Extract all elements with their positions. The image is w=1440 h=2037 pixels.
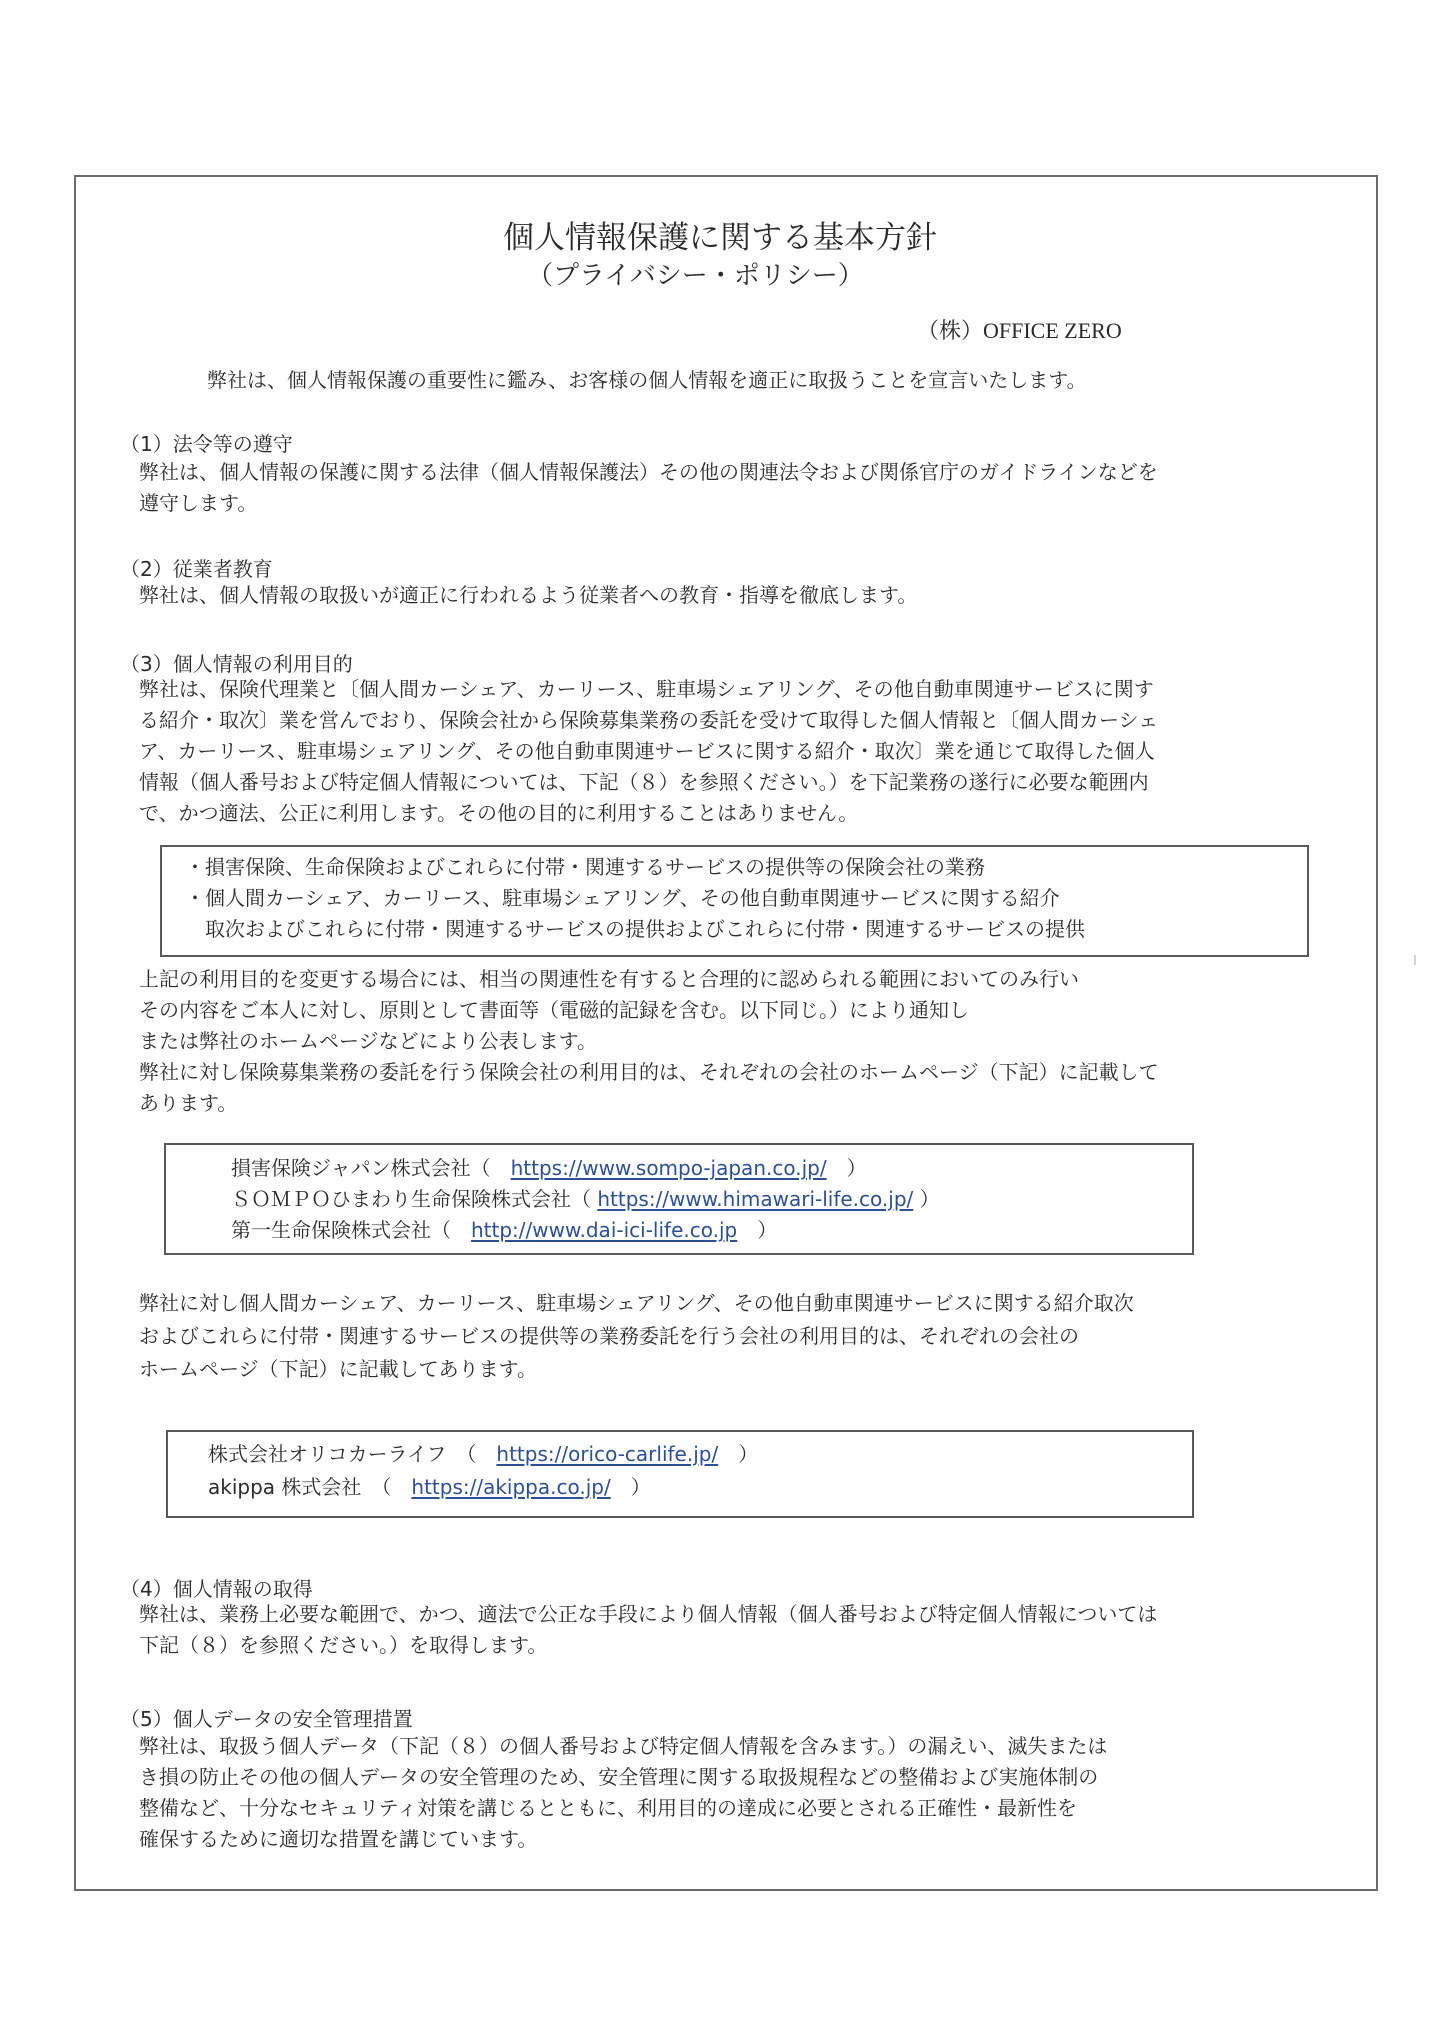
section-3-heading: （3）個人情報の利用目的 xyxy=(120,648,353,677)
change-line: あります。 xyxy=(139,1088,237,1119)
partner-line: およびこれらに付帯・関連するサービスの提供等の業務委託を行う会社の利用目的は、そ… xyxy=(139,1321,1079,1352)
change-line: または弊社のホームページなどにより公表します。 xyxy=(139,1026,597,1057)
insurer-name: 損害保険ジャパン株式会社（ xyxy=(231,1156,511,1180)
insurer-name: 第一生命保険株式会社（ xyxy=(231,1218,471,1242)
section-3-line: ア、カーリース、駐車場シェアリング、その他自動車関連サービスに関する紹介・取次〕… xyxy=(139,736,1155,767)
section-1-line: 弊社は、個人情報の保護に関する法律（個人情報保護法）その他の関連法令および関係官… xyxy=(139,457,1158,488)
section-4-line: 下記（８）を参照ください。）を取得します。 xyxy=(139,1630,547,1661)
page-title: 個人情報保護に関する基本方針 xyxy=(503,212,937,257)
intro-text: 弊社は、個人情報保護の重要性に鑑み、お客様の個人情報を適正に取扱うことを宣言いた… xyxy=(207,365,1087,396)
section-5-heading: （5）個人データの安全管理措置 xyxy=(120,1703,413,1732)
section-5-line: 確保するために適切な措置を講じています。 xyxy=(139,1824,537,1855)
section-4-line: 弊社は、業務上必要な範囲で、かつ、適法で公正な手段により個人情報（個人番号および… xyxy=(139,1599,1157,1630)
insurer-row: 第一生命保険株式会社（ http://www.dai-ici-life.co.j… xyxy=(231,1215,777,1246)
change-line: その内容をご本人に対し、原則として書面等（電磁的記録を含む。以下同じ。）により通… xyxy=(139,995,969,1026)
partner-close: ） xyxy=(611,1475,651,1499)
change-line: 弊社に対し保険募集業務の委託を行う保険会社の利用目的は、それぞれの会社のホームペ… xyxy=(139,1057,1159,1088)
partner-link[interactable]: https://akippa.co.jp/ xyxy=(411,1475,610,1499)
insurer-name: ＳＯＭＰＯひまわり生命保険株式会社（ xyxy=(231,1187,597,1211)
insurer-link[interactable]: https://www.sompo-japan.co.jp/ xyxy=(511,1156,827,1180)
partner-line: 弊社に対し個人間カーシェア、カーリース、駐車場シェアリング、その他自動車関連サー… xyxy=(139,1288,1134,1319)
partner-link[interactable]: https://orico-carlife.jp/ xyxy=(496,1442,718,1466)
section-5-line: 弊社は、取扱う個人データ（下記（８）の個人番号および特定個人情報を含みます。）の… xyxy=(139,1731,1107,1762)
purpose-item: ・個人間カーシェア、カーリース、駐車場シェアリング、その他自動車関連サービスに関… xyxy=(185,883,1060,914)
insurer-close: ） xyxy=(737,1218,777,1242)
insurer-close: ） xyxy=(827,1156,867,1180)
scan-artifact xyxy=(1414,955,1416,965)
section-3-line: 弊社は、保険代理業と〔個人間カーシェア、カーリース、駐車場シェアリング、その他自… xyxy=(139,674,1154,705)
section-3-line: 情報（個人番号および特定個人情報については、下記（８）を参照ください。）を下記業… xyxy=(139,767,1149,798)
insurer-link[interactable]: http://www.dai-ici-life.co.jp xyxy=(471,1218,737,1242)
section-5-line: き損の防止その他の個人データの安全管理のため、安全管理に関する取扱規程などの整備… xyxy=(139,1762,1098,1793)
insurer-row: ＳＯＭＰＯひまわり生命保険株式会社（ https://www.himawari-… xyxy=(231,1184,940,1215)
partner-close: ） xyxy=(718,1442,758,1466)
partner-line: ホームページ（下記）に記載してあります。 xyxy=(139,1354,537,1385)
partner-name: akippa 株式会社 （ xyxy=(208,1475,411,1499)
insurer-link[interactable]: https://www.himawari-life.co.jp/ xyxy=(597,1187,913,1211)
partner-row: akippa 株式会社 （ https://akippa.co.jp/ ） xyxy=(208,1472,651,1503)
page-subtitle: （プライバシー・ポリシー） xyxy=(527,255,864,292)
company-name: （株）OFFICE ZERO xyxy=(917,314,1122,345)
section-2-heading: （2）従業者教育 xyxy=(120,553,273,582)
partner-row: 株式会社オリコカーライフ （ https://orico-carlife.jp/… xyxy=(208,1439,758,1470)
section-2-line: 弊社は、個人情報の取扱いが適正に行われるよう従業者への教育・指導を徹底します。 xyxy=(139,580,917,611)
section-5-line: 整備など、十分なセキュリティ対策を講じるとともに、利用目的の達成に必要とされる正… xyxy=(139,1793,1077,1824)
insurer-close: ） xyxy=(913,1187,939,1211)
section-3-line: で、かつ適法、公正に利用します。その他の目的に利用することはありません。 xyxy=(139,798,858,829)
partner-name: 株式会社オリコカーライフ （ xyxy=(208,1442,496,1466)
section-1-heading: （1）法令等の遵守 xyxy=(120,428,293,457)
purpose-item: ・損害保険、生命保険およびこれらに付帯・関連するサービスの提供等の保険会社の業務 xyxy=(185,852,985,883)
section-1-line: 遵守します。 xyxy=(139,488,257,519)
section-4-heading: （4）個人情報の取得 xyxy=(120,1573,313,1602)
change-line: 上記の利用目的を変更する場合には、相当の関連性を有すると合理的に認められる範囲に… xyxy=(139,964,1079,995)
insurer-row: 損害保険ジャパン株式会社（ https://www.sompo-japan.co… xyxy=(231,1153,867,1184)
section-3-line: る紹介・取次〕業を営んでおり、保険会社から保険募集業務の委託を受けて取得した個人… xyxy=(139,705,1158,736)
purpose-item: 取次およびこれらに付帯・関連するサービスの提供およびこれらに付帯・関連するサービ… xyxy=(185,914,1085,945)
